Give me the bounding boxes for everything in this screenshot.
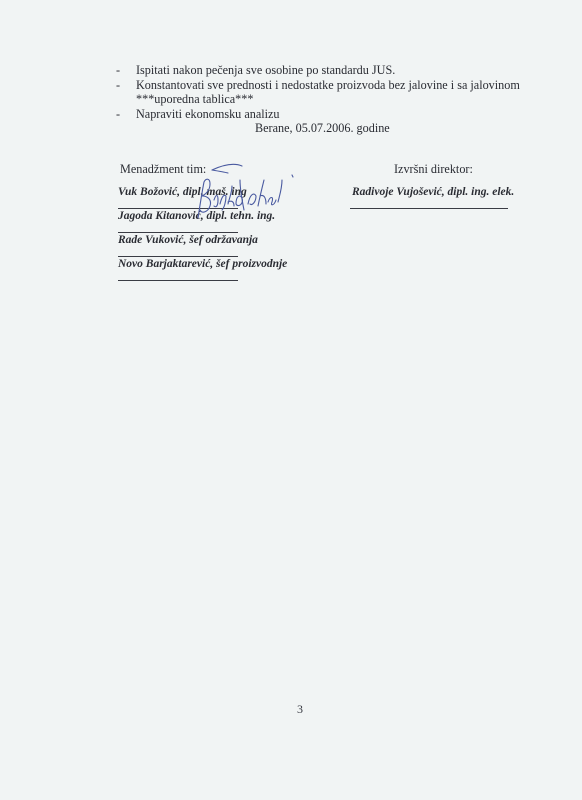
signatory-name: Novo Barjaktarević, šef proizvodnje xyxy=(118,258,287,270)
task-item: - Konstantovati sve prednosti i nedostat… xyxy=(116,78,520,93)
task-item: - Napraviti ekonomsku analizu xyxy=(116,107,520,122)
task-item-continuation: ***uporedna tablica*** xyxy=(116,92,520,107)
bullet-dash: - xyxy=(116,78,120,93)
signatory-name: Jagoda Kitanović, dipl. tehn. ing. xyxy=(118,210,275,222)
management-team-label: Menadžment tim: xyxy=(120,162,206,177)
signatory-name: Rade Vuković, šef održavanja xyxy=(118,234,258,246)
signature-line xyxy=(350,208,508,209)
executive-director-label: Izvršni direktor: xyxy=(394,162,473,177)
signature-line xyxy=(118,280,238,281)
signature-line xyxy=(118,208,238,209)
document-page: - Ispitati nakon pečenja sve osobine po … xyxy=(0,0,582,800)
director-name: Radivoje Vujošević, dipl. ing. elek. xyxy=(352,186,514,198)
task-text: Napraviti ekonomsku analizu xyxy=(136,107,280,121)
task-text: Ispitati nakon pečenja sve osobine po st… xyxy=(136,63,395,77)
task-text: ***uporedna tablica*** xyxy=(136,92,253,106)
signature-line xyxy=(118,256,238,257)
page-number: 3 xyxy=(297,702,303,717)
bullet-dash: - xyxy=(116,107,120,122)
place-date: Berane, 05.07.2006. godine xyxy=(255,121,390,136)
signature-line xyxy=(118,232,238,233)
task-item: - Ispitati nakon pečenja sve osobine po … xyxy=(116,63,520,78)
bullet-dash: - xyxy=(116,63,120,78)
task-text: Konstantovati sve prednosti i nedostatke… xyxy=(136,78,520,92)
signatory-name: Vuk Božović, dipl. maš. ing xyxy=(118,186,247,198)
task-list: - Ispitati nakon pečenja sve osobine po … xyxy=(116,63,520,121)
